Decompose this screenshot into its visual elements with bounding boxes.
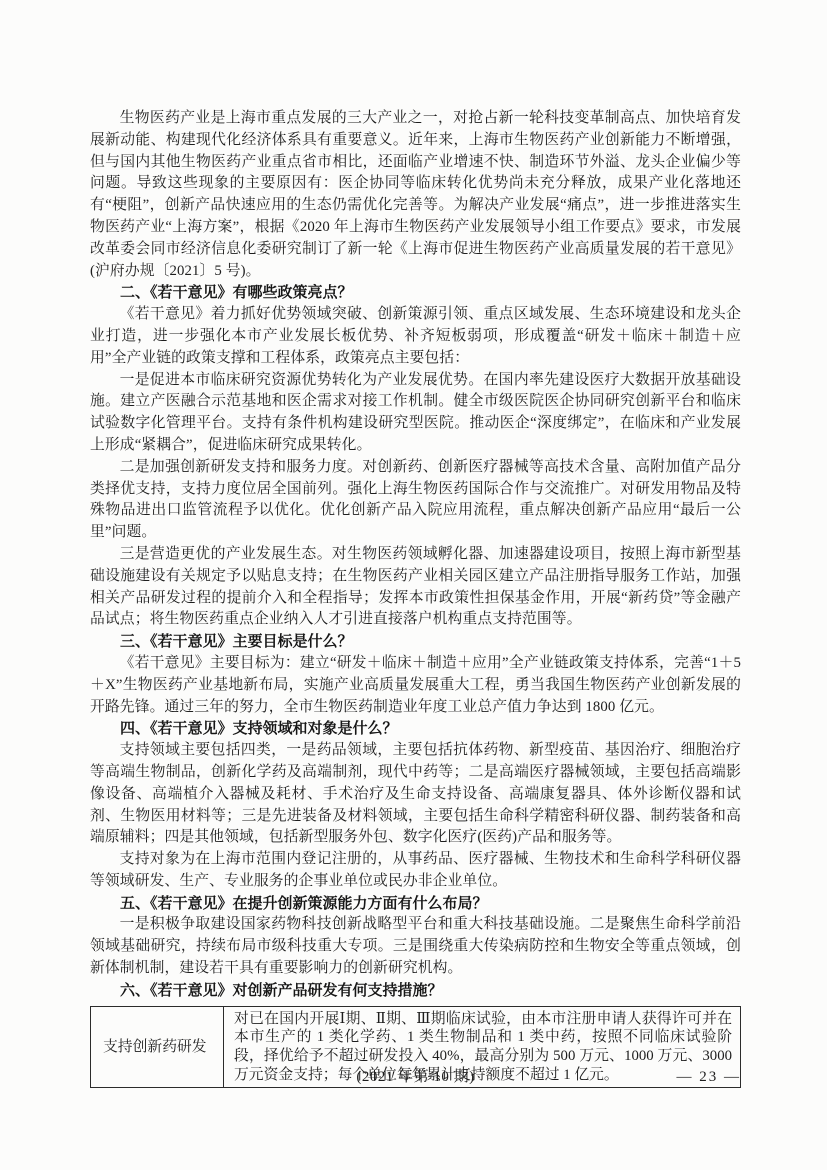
document-content: 生物医药产业是上海市重点发展的三大产业之一，对抢占新一轮科技变革制高点、加快培育…: [90, 108, 741, 1088]
footer-issue-label: (2021 年第 10 期): [90, 1066, 741, 1088]
section-heading-main-goals: 三、《若干意见》主要目标是什么？: [90, 631, 741, 653]
paragraph-intro: 生物医药产业是上海市重点发展的三大产业之一，对抢占新一轮科技变革制高点、加快培育…: [90, 108, 741, 282]
footer-page-number: — 23 —: [677, 1066, 742, 1088]
paragraph-policy-overview: 《若干意见》着力抓好优势领域突破、创新策源引领、重点区域发展、生态环境建设和龙头…: [90, 304, 741, 369]
section-heading-support-scope: 四、《若干意见》支持领域和对象是什么？: [90, 718, 741, 740]
paragraph-main-goals: 《若干意见》主要目标为：建立“研发＋临床＋制造＋应用”全产业链政策支持体系，完善…: [90, 653, 741, 718]
section-heading-innovation-layout: 五、《若干意见》在提升创新策源能力方面有什么布局？: [90, 893, 741, 915]
paragraph-innovation-layout: 一是积极争取建设国家药物科技创新战略型平台和重大科技基础设施。二是聚焦生命科学前…: [90, 914, 741, 979]
page-footer: (2021 年第 10 期) — 23 —: [90, 1066, 741, 1088]
document-page: 生物医药产业是上海市重点发展的三大产业之一，对抢占新一轮科技变革制高点、加快培育…: [0, 0, 827, 1170]
paragraph-highlight-1: 一是促进本市临床研究资源优势转化为产业发展优势。在国内率先建设医疗大数据开放基础…: [90, 370, 741, 457]
section-heading-support-measures: 六、《若干意见》对创新产品研发有何支持措施？: [90, 980, 741, 1002]
paragraph-support-fields: 支持领域主要包括四类，一是药品领域，主要包括抗体药物、新型疫苗、基因治疗、细胞治…: [90, 740, 741, 849]
paragraph-highlight-3: 三是营造更优的产业发展生态。对生物医药领域孵化器、加速器建设项目，按照上海市新型…: [90, 544, 741, 631]
paragraph-support-targets: 支持对象为在上海市范围内登记注册的，从事药品、医疗器械、生物技术和生命科学科研仪…: [90, 849, 741, 893]
section-heading-policy-highlights: 二、《若干意见》有哪些政策亮点？: [90, 282, 741, 304]
paragraph-highlight-2: 二是加强创新研发支持和服务力度。对创新药、创新医疗器械等高技术含量、高附加值产品…: [90, 457, 741, 544]
